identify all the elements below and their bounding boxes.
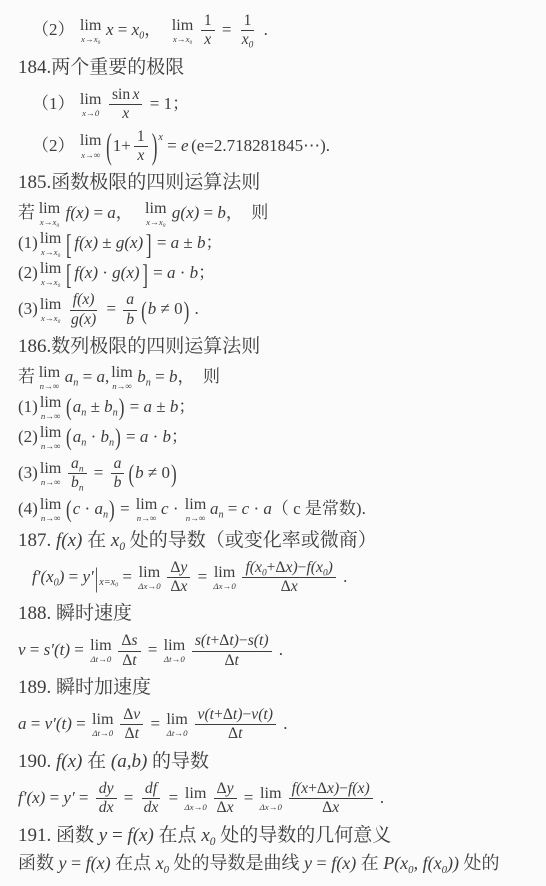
- limit-under: n→∞: [41, 514, 61, 523]
- limit-word: lim: [39, 365, 61, 381]
- math-var: g(x): [116, 233, 143, 252]
- math-delimiter: (: [66, 396, 72, 420]
- math-var: t: [169, 654, 171, 664]
- math-fraction: s(t+Δt)−s(t)Δt: [192, 633, 272, 669]
- math-var: n: [112, 381, 116, 391]
- math-delimiter: ): [115, 426, 121, 450]
- section-heading-187: 187. f(x) 在 x0 处的导数（或变化率或微商）: [18, 530, 536, 552]
- fraction-denominator: Δt: [225, 725, 245, 742]
- math-var: s(t: [195, 632, 211, 649]
- statement-186: 若limn→∞an = a,limn→∞bn = b，则: [18, 365, 536, 391]
- math-fraction: f(x+Δx)−f(x)Δx: [289, 781, 373, 817]
- formula-185-3: (3)limx→x0f(x)g(x) = ab(b ≠ 0) .: [18, 291, 536, 329]
- section-heading-191: 191. 函数 y = f(x) 在点 x0 处的导数的几何意义: [18, 825, 536, 847]
- math-var: a: [144, 397, 153, 416]
- math-fraction: dfdx: [141, 781, 162, 817]
- limit-word: lim: [40, 231, 62, 247]
- math-var: b: [217, 203, 226, 222]
- limit-word: lim: [40, 425, 62, 441]
- math-var: a: [140, 427, 149, 446]
- math-fraction: dydx: [96, 781, 117, 817]
- math-subscript: n: [79, 464, 84, 474]
- fraction-numerator: Δs: [118, 633, 140, 651]
- math-var: ): [334, 780, 339, 797]
- math-var: b: [126, 311, 134, 328]
- math-var: n: [40, 381, 44, 391]
- formula-188: v = s′(t) = limΔt→0ΔsΔt = limΔt→0s(t+Δt)…: [18, 632, 536, 670]
- math-var: t: [98, 728, 100, 738]
- math-subscript: 0: [262, 568, 267, 578]
- math-superscript: x: [158, 132, 163, 143]
- fraction-denominator: Δx: [319, 799, 342, 816]
- math-subscript: n: [81, 437, 86, 448]
- math-var: x: [41, 277, 45, 287]
- math-subscript: 0: [164, 864, 169, 876]
- math-var: b: [163, 427, 172, 446]
- math-var: y: [227, 780, 234, 797]
- paragraph-191: 函数 y = f(x) 在点 x0 处的导数是曲线 y = f(x) 在 P(x…: [18, 853, 536, 874]
- math-var: f(x): [74, 263, 98, 282]
- math-limit: limx→x0: [39, 201, 61, 227]
- math-limit: limΔt→0: [90, 638, 112, 664]
- math-limit: limx→x0: [40, 261, 62, 287]
- math-var: b: [100, 427, 109, 446]
- math-var: b: [71, 474, 79, 491]
- math-var: df: [145, 780, 157, 797]
- math-var: t: [96, 654, 98, 664]
- fraction-numerator: sinx: [109, 87, 143, 105]
- limit-word: lim: [164, 638, 186, 654]
- section-heading-186: 186.数列极限的四则运算法则: [18, 336, 536, 358]
- math-var: b: [135, 463, 144, 482]
- math-var: dx: [99, 799, 114, 816]
- fraction-denominator: dx: [141, 799, 162, 816]
- math-var: x: [332, 799, 339, 816]
- math-var: f(x): [348, 780, 370, 797]
- math-var: dx: [144, 799, 159, 816]
- math-var: x: [41, 313, 45, 323]
- math-fraction: anbn: [68, 456, 87, 492]
- math-delimiter: ]: [142, 260, 148, 289]
- fraction-numerator: df: [142, 781, 160, 799]
- math-delimiter: |: [95, 564, 98, 591]
- limit-word: lim: [40, 461, 62, 477]
- math-var: f(x: [292, 780, 308, 797]
- limit-under: Δt→0: [92, 729, 113, 738]
- math-subscript: 0: [190, 40, 193, 46]
- limit-under: n→∞: [112, 382, 132, 391]
- math-var: x: [219, 581, 223, 591]
- math-delimiter: (: [66, 426, 72, 450]
- math-var: x: [201, 825, 209, 846]
- math-var: y: [304, 853, 312, 873]
- section-heading-189: 189. 瞬时加速度: [18, 677, 536, 699]
- math-delimiter: ]: [146, 230, 152, 259]
- math-var: a: [263, 499, 272, 518]
- math-subscript: 0: [58, 319, 61, 325]
- fraction-denominator: g(x): [68, 311, 99, 328]
- math-var: y′: [83, 566, 94, 585]
- math-limit: limx→x0: [172, 18, 194, 44]
- limit-word: lim: [80, 92, 102, 108]
- fraction-denominator: x: [119, 105, 132, 122]
- fraction-numerator: 1: [241, 13, 255, 31]
- formula-187: f′(x0) = y′|x=x0 = limΔx→0ΔyΔx = limΔx→0…: [18, 559, 536, 597]
- statement-185: 若limx→x0f(x) = a，limx→x0g(x) = b，则: [18, 201, 536, 227]
- math-var: n: [41, 411, 45, 421]
- math-var: a: [18, 714, 27, 733]
- math-limit: limx→x0: [145, 201, 167, 227]
- math-var: ): [234, 632, 239, 649]
- math-var: a: [94, 499, 103, 518]
- fraction-denominator: x0: [239, 31, 257, 48]
- limit-under: n→∞: [41, 442, 61, 451]
- math-limit: limn→∞: [39, 365, 61, 391]
- fraction-denominator: Δt: [122, 725, 142, 742]
- math-var: ): [328, 559, 333, 576]
- fraction-denominator: dx: [96, 799, 117, 816]
- math-var: f′(x): [18, 787, 45, 806]
- limit-under: x→x0: [41, 314, 60, 323]
- math-limit: limΔx→0: [260, 786, 282, 812]
- math-fraction: f(x0+Δx)−f(x0)Δx: [242, 560, 335, 596]
- fraction-numerator: a: [123, 292, 137, 310]
- math-var: (a,b): [111, 751, 147, 772]
- fraction-numerator: Δv: [120, 707, 143, 725]
- limit-word: lim: [80, 133, 102, 149]
- limit-under: n→∞: [41, 412, 61, 421]
- math-var: t: [132, 652, 136, 669]
- math-delimiter: [: [66, 260, 72, 289]
- math-delimiter: (: [128, 461, 134, 487]
- fraction-numerator: f(x0+Δx)−f(x0): [242, 560, 335, 578]
- section-heading-190: 190. f(x) 在 (a,b) 的导数: [18, 751, 536, 773]
- math-limit: limn→∞: [185, 497, 207, 523]
- fraction-denominator: Δx: [278, 578, 301, 595]
- math-subscript: n: [218, 509, 223, 520]
- math-fraction: v(t+Δt)−v(t)Δt: [195, 707, 276, 743]
- math-subscript: 0: [163, 223, 166, 229]
- math-var: f(x): [331, 853, 356, 873]
- limit-word: lim: [260, 786, 282, 802]
- math-var: t: [238, 725, 242, 742]
- math-limit: limn→∞: [40, 461, 62, 487]
- limit-word: lim: [172, 18, 194, 34]
- math-var: )): [447, 853, 459, 873]
- limit-under: x→x0: [81, 35, 100, 44]
- math-var: n: [41, 441, 45, 451]
- math-var: g(x): [172, 203, 199, 222]
- math-var: x: [327, 780, 334, 797]
- math-var: y′: [63, 787, 74, 806]
- limit-under: Δx→0: [184, 803, 206, 812]
- math-var: g(x): [71, 311, 96, 328]
- math-subscript: n: [113, 407, 118, 418]
- math-subscript: 0: [139, 30, 144, 41]
- math-var: f(x): [66, 203, 90, 222]
- fraction-numerator: an: [68, 456, 87, 474]
- math-var: f(x: [245, 559, 261, 576]
- math-var: n: [137, 513, 141, 523]
- math-var: ): [59, 566, 65, 585]
- formula-185-1: (1)limx→x0[f(x) ± g(x)] = a ± b；: [18, 231, 536, 257]
- math-delimiter: ): [152, 129, 158, 165]
- limit-word: lim: [111, 365, 133, 381]
- fraction-denominator: Δx: [167, 578, 190, 595]
- math-limit: limx→x0: [40, 297, 62, 323]
- math-delimiter: (: [106, 129, 112, 165]
- math-fraction: 1x: [201, 13, 215, 49]
- math-var: e: [181, 135, 189, 154]
- formula-186-3: (3)limn→∞anbn = ab(b ≠ 0): [18, 455, 536, 493]
- limit-word: lim: [40, 395, 62, 411]
- limit-word: lim: [90, 638, 112, 654]
- limit-under: Δx→0: [260, 803, 282, 812]
- section-heading-184: 184.两个重要的极限: [18, 57, 536, 79]
- limit-under: n→∞: [137, 514, 157, 523]
- math-var: y: [99, 825, 107, 846]
- math-var: b: [197, 233, 206, 252]
- formula-184-1: （1）limx→0sinxx = 1；: [18, 86, 536, 124]
- math-var: x: [156, 853, 164, 873]
- math-var: x: [81, 150, 85, 160]
- math-var: v(t): [251, 706, 273, 723]
- math-var: f(x): [74, 233, 98, 252]
- math-fraction: 1x: [134, 129, 148, 165]
- math-var: P(x: [383, 853, 408, 873]
- math-var: x: [180, 578, 187, 595]
- math-var: a: [71, 455, 79, 472]
- limit-under: n→∞: [40, 382, 60, 391]
- limit-under: Δx→0: [138, 582, 160, 591]
- math-var: f′(x: [32, 566, 54, 585]
- fraction-numerator: s(t+Δt)−s(t): [192, 633, 272, 651]
- fraction-numerator: a: [111, 456, 125, 474]
- fraction-denominator: Δx: [214, 799, 237, 816]
- math-var: x: [204, 31, 211, 48]
- math-fraction: ΔyΔx: [214, 781, 237, 817]
- limit-under: Δt→0: [90, 655, 111, 664]
- math-var: x: [41, 247, 45, 257]
- math-var: t: [172, 728, 174, 738]
- math-var: n: [186, 513, 190, 523]
- limit-word: lim: [185, 497, 207, 513]
- math-limit: limΔx→0: [138, 565, 160, 591]
- limit-word: lim: [136, 497, 158, 513]
- math-fraction: ΔyΔx: [167, 560, 190, 596]
- limit-under: x→∞: [81, 151, 100, 160]
- math-delimiter: ): [171, 461, 177, 487]
- math-subscript: 0: [58, 283, 61, 289]
- limit-under: x→0: [82, 109, 99, 118]
- math-delimiter: ): [109, 498, 115, 522]
- document-body: （2）limx→x0x = x0，limx→x01x = 1x0 .184.两个…: [18, 12, 536, 874]
- math-var: a: [114, 455, 122, 472]
- section-heading-188: 188. 瞬时速度: [18, 603, 536, 625]
- limit-word: lim: [139, 565, 161, 581]
- math-var: v: [133, 706, 140, 723]
- math-fraction: ab: [111, 456, 125, 492]
- math-limit: limx→x0: [80, 18, 102, 44]
- fraction-numerator: dy: [96, 781, 117, 799]
- limit-word: lim: [166, 712, 188, 728]
- math-subscript: 0: [119, 541, 125, 553]
- math-var: t: [135, 725, 139, 742]
- math-delimiter: [: [66, 230, 72, 259]
- math-var: x: [146, 217, 150, 227]
- math-limit: limΔt→0: [164, 638, 186, 664]
- math-var: f(x): [56, 530, 82, 551]
- math-var: x: [82, 108, 86, 118]
- math-subscript: n: [109, 437, 114, 448]
- limit-word: lim: [40, 261, 62, 277]
- formula-184-2: （2）limx→∞(1+1x)x = e(e=2.718281845⋯).: [18, 128, 536, 166]
- math-var: x: [227, 799, 234, 816]
- math-var: dy: [99, 780, 114, 797]
- limit-word: lim: [214, 565, 236, 581]
- math-limit: limn→∞: [40, 425, 62, 451]
- fraction-numerator: Δy: [214, 781, 237, 799]
- math-var: x: [158, 132, 163, 143]
- math-var: c: [161, 499, 169, 518]
- math-var: b: [170, 397, 179, 416]
- math-var: f(x: [306, 559, 322, 576]
- math-var: a: [107, 203, 116, 222]
- limit-word: lim: [40, 297, 62, 313]
- math-limit: limn→∞: [40, 395, 62, 421]
- math-var: y: [180, 559, 187, 576]
- fraction-denominator: Δt: [221, 652, 241, 669]
- math-delimiter: ): [184, 297, 190, 323]
- math-var: g(x): [112, 263, 139, 282]
- math-var: x: [265, 802, 269, 812]
- math-limit: limx→0: [80, 92, 102, 118]
- math-var: f(x): [73, 291, 95, 308]
- math-var: b: [148, 299, 157, 318]
- limit-word: lim: [185, 786, 207, 802]
- limit-under: Δx→0: [213, 582, 235, 591]
- math-subscript: 0: [210, 835, 216, 847]
- math-fraction: ab: [123, 292, 137, 328]
- math-var: x: [143, 581, 147, 591]
- document-page: （2）limx→x0x = x0，limx→x01x = 1x0 .184.两个…: [0, 0, 546, 874]
- math-fraction: 1x0: [239, 13, 257, 49]
- math-limit: limx→x0: [40, 231, 62, 257]
- limit-under: n→∞: [186, 514, 206, 523]
- math-limit: limΔx→0: [213, 565, 235, 591]
- math-var: x: [242, 31, 249, 48]
- limit-word: lim: [145, 201, 167, 217]
- math-var: v′(t): [45, 714, 72, 733]
- math-var: n: [41, 477, 45, 487]
- formula-183-2: （2）limx→x0x = x0，limx→x01x = 1x0 .: [18, 12, 536, 50]
- fraction-denominator: bn: [68, 474, 87, 491]
- limit-word: lim: [92, 712, 114, 728]
- formula-190: f′(x) = y′ = dydx = dfdx = limΔx→0ΔyΔx =…: [18, 780, 536, 818]
- math-var: v(t: [198, 706, 214, 723]
- fraction-denominator: x: [201, 31, 214, 48]
- math-limit: limΔx→0: [184, 786, 206, 812]
- math-var: x: [40, 217, 44, 227]
- math-subscript: n: [79, 484, 84, 494]
- math-var: s′(t): [44, 640, 70, 659]
- fraction-denominator: x: [134, 147, 147, 164]
- math-subscript: x=x0: [99, 577, 118, 588]
- math-fraction: sinxx: [109, 87, 143, 123]
- formula-186-4: (4)limn→∞(c · an) = limn→∞c · limn→∞an =…: [18, 497, 536, 523]
- math-var: , f(x: [414, 853, 442, 873]
- math-subscript: n: [73, 377, 78, 388]
- math-var: a: [65, 367, 74, 386]
- math-var: x: [137, 147, 144, 164]
- math-subscript: 0: [58, 253, 61, 259]
- math-subscript: 0: [98, 40, 101, 46]
- fraction-numerator: f(x): [70, 292, 98, 310]
- limit-under: x→x0: [41, 278, 60, 287]
- math-limit: limn→∞: [136, 497, 158, 523]
- math-subscript: 0: [56, 223, 59, 229]
- fraction-denominator: b: [111, 474, 125, 491]
- math-var: ): [237, 706, 242, 723]
- math-var: a: [171, 233, 180, 252]
- math-var: y: [59, 853, 67, 873]
- math-delimiter: (: [66, 498, 72, 522]
- math-var: n: [41, 513, 45, 523]
- formula-186-2: (2)limn→∞(an · bn) = a · b；: [18, 425, 536, 451]
- math-var: f(x): [127, 825, 153, 846]
- fraction-denominator: b: [123, 311, 137, 328]
- math-var: f(x): [56, 751, 82, 772]
- math-subscript: n: [81, 407, 86, 418]
- math-var: x: [106, 20, 114, 39]
- math-var: b: [190, 263, 199, 282]
- limit-under: x→x0: [173, 35, 192, 44]
- fraction-numerator: Δy: [167, 560, 190, 578]
- math-var: c: [242, 499, 250, 518]
- math-var: ): [292, 559, 297, 576]
- fraction-denominator: Δt: [119, 652, 139, 669]
- math-fraction: ΔsΔt: [118, 633, 140, 669]
- math-subscript: n: [146, 377, 151, 388]
- math-var: b: [114, 474, 122, 491]
- limit-under: x→x0: [41, 248, 60, 257]
- math-var: x: [81, 34, 85, 44]
- limit-word: lim: [40, 497, 62, 513]
- math-var: a: [96, 367, 105, 386]
- math-var: a: [126, 291, 134, 308]
- limit-word: lim: [39, 201, 61, 217]
- formula-189: a = v′(t) = limΔt→0ΔvΔt = limΔt→0v(t+Δt)…: [18, 706, 536, 744]
- limit-under: x→x0: [146, 218, 165, 227]
- formula-186-1: (1)limn→∞(an ± bn) = a ± b；: [18, 395, 536, 421]
- math-limit: limΔt→0: [92, 712, 114, 738]
- formula-185-2: (2)limx→x0[f(x) · g(x)] = a · b；: [18, 261, 536, 287]
- math-subscript: 0: [115, 583, 118, 589]
- math-var: x: [122, 105, 129, 122]
- math-var: a: [73, 427, 82, 446]
- math-var: v: [18, 640, 26, 659]
- math-var: b: [137, 367, 146, 386]
- limit-under: Δt→0: [167, 729, 188, 738]
- math-delimiter: (: [141, 297, 147, 323]
- limit-under: x→x0: [40, 218, 59, 227]
- math-var: b: [104, 397, 113, 416]
- math-var: x: [190, 802, 194, 812]
- math-subscript: n: [103, 509, 108, 520]
- math-limit: limn→∞: [111, 365, 133, 391]
- math-delimiter: ): [119, 396, 125, 420]
- math-var: x: [173, 34, 177, 44]
